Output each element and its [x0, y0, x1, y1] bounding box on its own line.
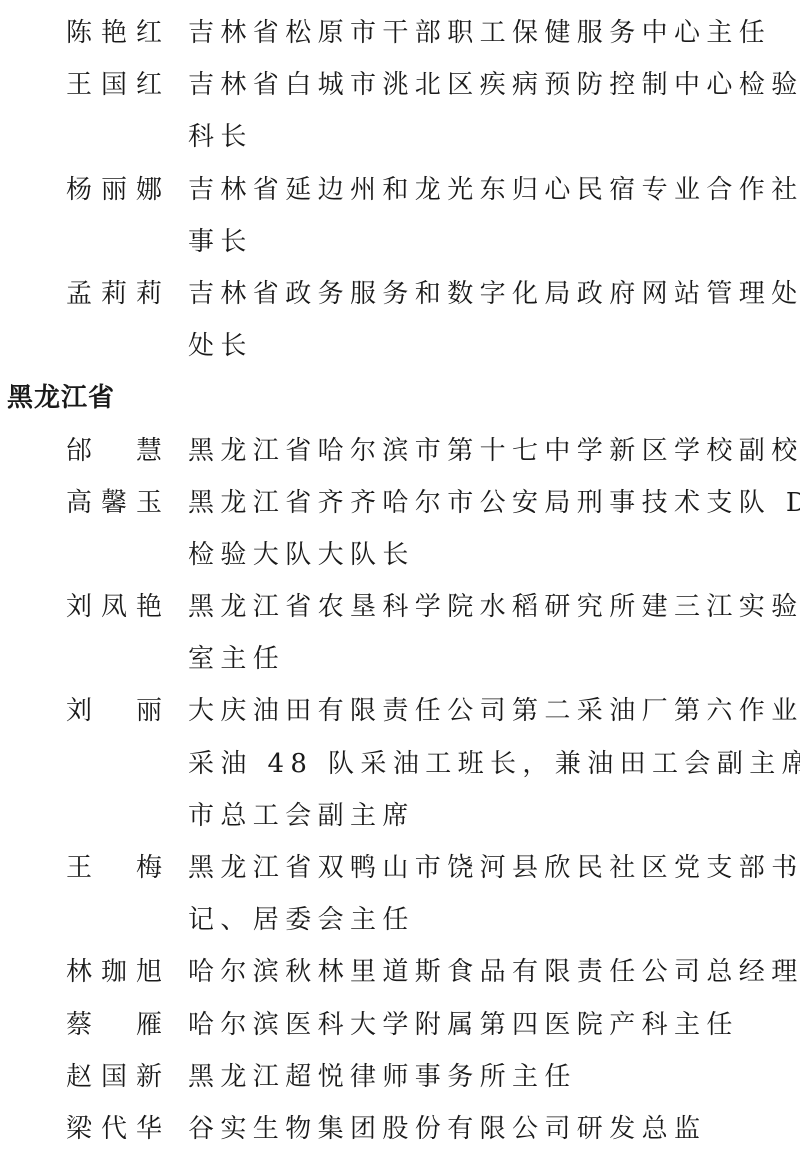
position-description: 谷实生物集团股份有限公司研发总监 — [188, 1103, 706, 1155]
position-description-cont: 市总工会副主席 — [188, 790, 415, 842]
position-description-cont: 检验大队大队长 — [188, 529, 415, 581]
position-description: 黑龙江省农垦科学院水稻研究所建三江实验站 — [188, 581, 800, 633]
person-name: 高馨玉 — [66, 477, 162, 529]
entry-row: 梁代华 谷实生物集团股份有限公司研发总监 — [0, 1103, 800, 1155]
person-name: 王梅 — [66, 842, 162, 894]
person-name: 杨丽娜 — [66, 164, 162, 216]
entry-row: 蔡雁 哈尔滨医科大学附属第四医院产科主任 — [0, 999, 800, 1051]
person-name: 孟莉莉 — [66, 268, 162, 320]
position-description: 黑龙江省齐齐哈尔市公安局刑事技术支队 DNA — [188, 477, 800, 529]
position-description-cont: 室主任 — [188, 633, 285, 685]
entry-row: 孟莉莉 吉林省政务服务和数字化局政府网站管理处 — [0, 268, 800, 320]
person-name: 陈艳红 — [66, 7, 162, 59]
entry-row: 王国红 吉林省白城市洮北区疾病预防控制中心检验科 — [0, 59, 800, 111]
position-description: 哈尔滨秋林里道斯食品有限责任公司总经理 — [188, 946, 800, 998]
position-description-cont: 科长 — [188, 111, 253, 163]
entry-row: 邰慧 黑龙江省哈尔滨市第十七中学新区学校副校长 — [0, 425, 800, 477]
position-description-cont: 记、居委会主任 — [188, 894, 415, 946]
person-name: 刘凤艳 — [66, 581, 162, 633]
document-page: 陈艳红 吉林省松原市干部职工保健服务中心主任 王国红 吉林省白城市洮北区疾病预防… — [0, 7, 800, 1155]
entry-row: 高馨玉 黑龙江省齐齐哈尔市公安局刑事技术支队 DNA — [0, 477, 800, 529]
entry-continuation: 检验大队大队长 — [0, 529, 800, 581]
position-description-cont: 事长 — [188, 216, 253, 268]
entry-row: 刘丽 大庆油田有限责任公司第二采油厂第六作业区 — [0, 685, 800, 737]
person-name: 赵国新 — [66, 1051, 162, 1103]
entry-continuation: 事长 — [0, 216, 800, 268]
entry-continuation: 记、居委会主任 — [0, 894, 800, 946]
position-description: 吉林省延边州和龙光东归心民宿专业合作社理 — [188, 164, 800, 216]
position-description-cont: 采油 48 队采油工班长，兼油田工会副主席、 — [188, 738, 800, 790]
entry-row: 杨丽娜 吉林省延边州和龙光东归心民宿专业合作社理 — [0, 164, 800, 216]
position-description: 吉林省白城市洮北区疾病预防控制中心检验科 — [188, 59, 800, 111]
position-description: 黑龙江省双鸭山市饶河县欣民社区党支部书 — [188, 842, 800, 894]
person-name: 林珈旭 — [66, 946, 162, 998]
entry-continuation: 处长 — [0, 320, 800, 372]
position-description: 黑龙江省哈尔滨市第十七中学新区学校副校长 — [188, 425, 800, 477]
position-description: 黑龙江超悦律师事务所主任 — [188, 1051, 577, 1103]
person-name: 蔡雁 — [66, 999, 162, 1051]
entry-continuation: 采油 48 队采油工班长，兼油田工会副主席、 — [0, 738, 800, 790]
person-name: 梁代华 — [66, 1103, 162, 1155]
position-description: 哈尔滨医科大学附属第四医院产科主任 — [188, 999, 739, 1051]
person-name: 邰慧 — [66, 425, 162, 477]
entry-row: 林珈旭 哈尔滨秋林里道斯食品有限责任公司总经理 — [0, 946, 800, 998]
position-description: 吉林省松原市干部职工保健服务中心主任 — [188, 7, 771, 59]
person-name: 王国红 — [66, 59, 162, 111]
province-heading: 黑龙江省 — [0, 372, 800, 424]
entry-row: 刘凤艳 黑龙江省农垦科学院水稻研究所建三江实验站 — [0, 581, 800, 633]
position-description: 大庆油田有限责任公司第二采油厂第六作业区 — [188, 685, 800, 737]
position-description: 吉林省政务服务和数字化局政府网站管理处 — [188, 268, 800, 320]
entry-row: 王梅 黑龙江省双鸭山市饶河县欣民社区党支部书 — [0, 842, 800, 894]
entry-continuation: 室主任 — [0, 633, 800, 685]
entry-continuation: 科长 — [0, 111, 800, 163]
person-name: 刘丽 — [66, 685, 162, 737]
entry-row: 赵国新 黑龙江超悦律师事务所主任 — [0, 1051, 800, 1103]
entry-row: 陈艳红 吉林省松原市干部职工保健服务中心主任 — [0, 7, 800, 59]
position-description-cont: 处长 — [188, 320, 253, 372]
entry-continuation: 市总工会副主席 — [0, 790, 800, 842]
